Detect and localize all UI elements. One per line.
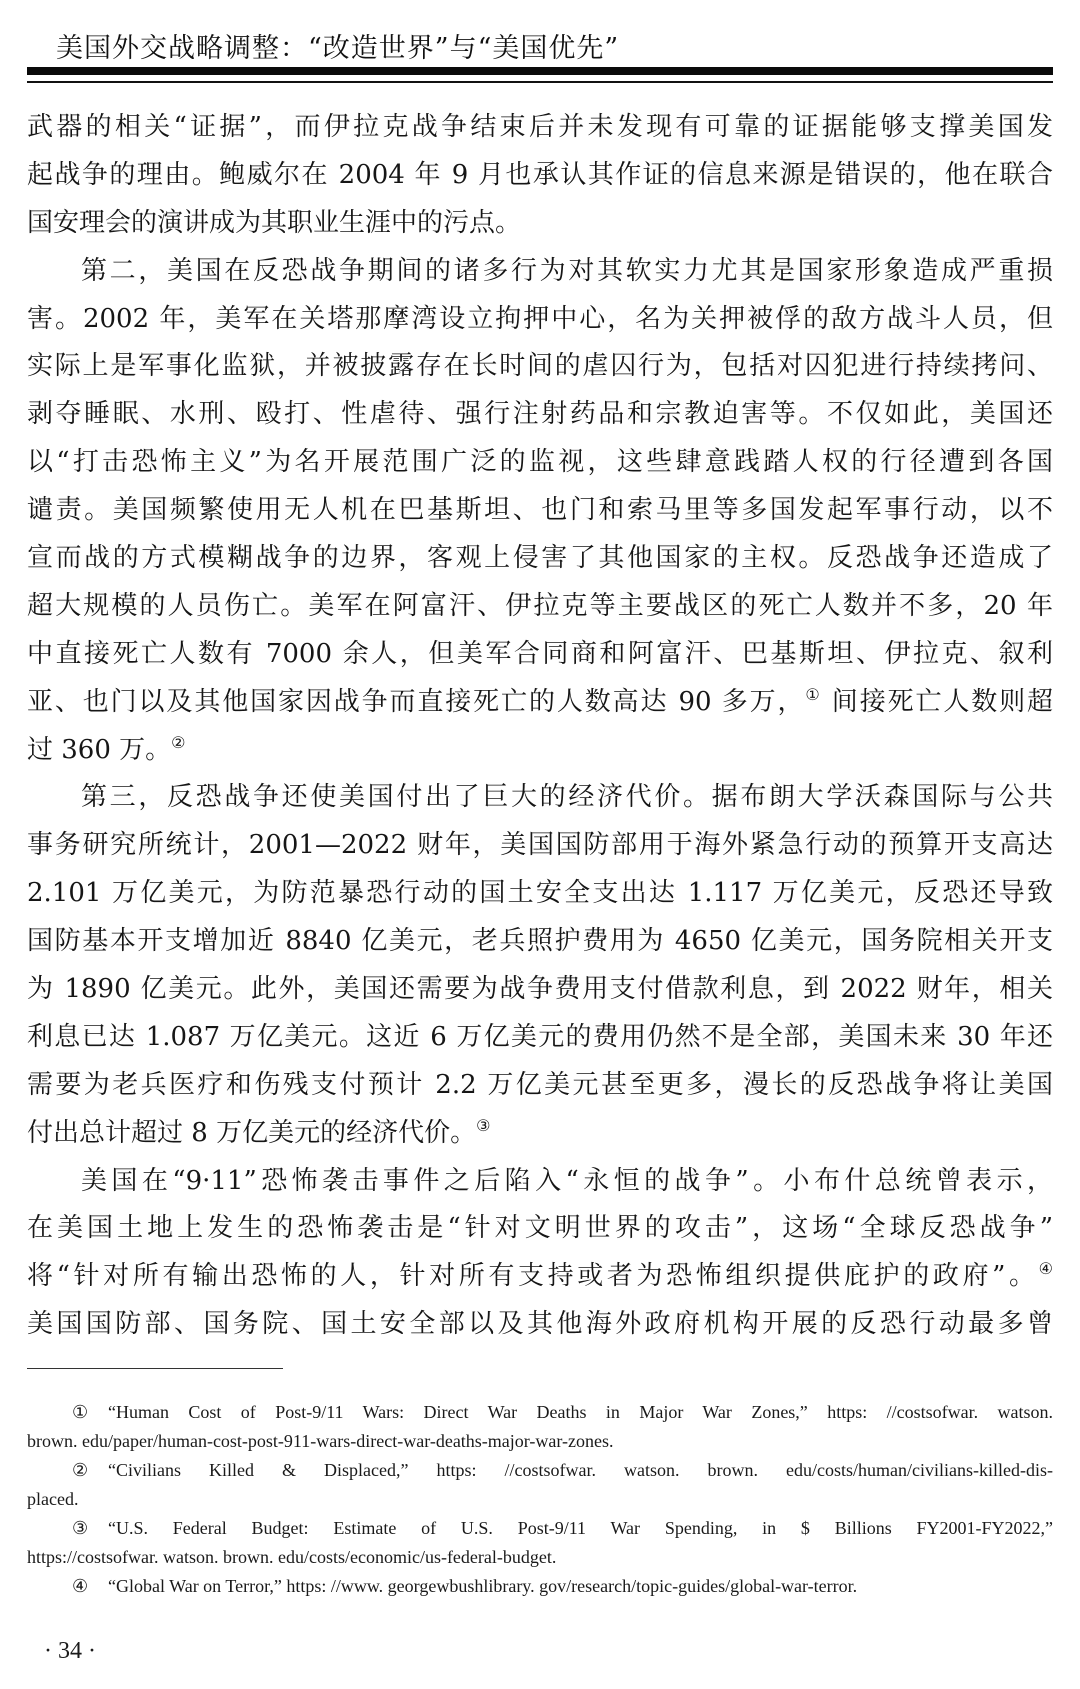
body-line: 需要为老兵医疗和伤残支付预计 2.2 万亿美元甚至更多，漫长的反恐战争将让美国	[27, 1062, 1053, 1110]
footnote-ref-4[interactable]: ④	[1039, 1259, 1053, 1278]
body-line: 以“打击恐怖主义”为名开展范围广泛的监视，这些肆意践踏人权的行径遭到各国	[27, 439, 1053, 487]
paragraph-first-line: 第二，美国在反恐战争期间的诸多行为对其软实力尤其是国家形象造成严重损	[27, 248, 1053, 296]
body-line: 事务研究所统计，2001—2022 财年，美国国防部用于海外紧急行动的预算开支高…	[27, 822, 1053, 870]
body-line: 美国国防部、国务院、国土安全部以及其他海外政府机构开展的反恐行动最多曾	[27, 1301, 1053, 1349]
footnote-marker: ①	[72, 1398, 108, 1427]
header-rule-thick	[27, 67, 1053, 75]
footnote-4: ④“Global War on Terror,” https: //www. g…	[27, 1572, 1053, 1601]
footnote-2: ②“Civilians Killed & Displaced,” https: …	[27, 1456, 1053, 1485]
footnote-text[interactable]: “Global War on Terror,” https: //www. ge…	[108, 1576, 857, 1596]
body-text: 武器的相关“证据”，而伊拉克战争结束后并未发现有可靠的证据能够支撑美国发 起战争…	[27, 104, 1053, 1349]
body-line: 宣而战的方式模糊战争的边界，客观上侵害了其他国家的主权。反恐战争还造成了	[27, 535, 1053, 583]
footnote-ref-3[interactable]: ③	[476, 1116, 490, 1135]
paragraph-first-line: 美国在“9·11”恐怖袭击事件之后陷入“永恒的战争”。小布什总统曾表示，	[27, 1158, 1053, 1206]
body-line: 利息已达 1.087 万亿美元。这近 6 万亿美元的费用仍然不是全部，美国未来 …	[27, 1014, 1053, 1062]
footnote-text[interactable]: “Human Cost of Post-9/11 Wars: Direct Wa…	[108, 1402, 1053, 1422]
footnote-ref-1[interactable]: ①	[805, 685, 821, 704]
body-line: 付出总计超过 8 万亿美元的经济代价。③	[27, 1110, 1053, 1158]
body-line: 为 1890 亿美元。此外，美国还需要为战争费用支付借款利息，到 2022 财年…	[27, 966, 1053, 1014]
footnote-1-cont[interactable]: brown. edu/paper/human-cost-post-911-war…	[27, 1427, 1053, 1456]
body-line: 谴责。美国频繁使用无人机在巴基斯坦、也门和索马里等多国发起军事行动，以不	[27, 487, 1053, 535]
body-line: 起战争的理由。鲍威尔在 2004 年 9 月也承认其作证的信息来源是错误的，他在…	[27, 152, 1053, 200]
body-line: 在美国土地上发生的恐怖袭击是“针对文明世界的攻击”，这场“全球反恐战争”	[27, 1205, 1053, 1253]
footnotes: ①“Human Cost of Post-9/11 Wars: Direct W…	[27, 1398, 1053, 1601]
header-rule-thin	[27, 81, 1053, 83]
body-line: 实际上是军事化监狱，并被披露存在长时间的虐囚行为，包括对囚犯进行持续拷问、	[27, 343, 1053, 391]
footnote-ref-2[interactable]: ②	[171, 733, 185, 752]
footnote-2-cont[interactable]: placed.	[27, 1485, 1053, 1514]
running-header-title: 美国外交战略调整：“改造世界”与“美国优先”	[56, 26, 619, 65]
footnote-marker: ④	[72, 1572, 108, 1601]
footnote-3-cont[interactable]: https://costsofwar. watson. brown. edu/c…	[27, 1543, 1053, 1572]
page-number: · 34 ·	[44, 1638, 96, 1665]
body-line: 将“针对所有输出恐怖的人，针对所有支持或者为恐怖组织提供庇护的政府”。④	[27, 1253, 1053, 1301]
body-line: 过 360 万。②	[27, 727, 1053, 775]
body-line-text: 将“针对所有输出恐怖的人，针对所有支持或者为恐怖组织提供庇护的政府”。	[27, 1261, 1039, 1291]
body-line: 国防基本开支增加近 8840 亿美元，老兵照护费用为 4650 亿美元，国务院相…	[27, 918, 1053, 966]
body-line: 害。2002 年，美军在关塔那摩湾设立拘押中心，名为关押被俘的敌方战斗人员，但	[27, 296, 1053, 344]
body-line: 国安理会的演讲成为其职业生涯中的污点。	[27, 200, 1053, 248]
footnote-separator	[27, 1368, 283, 1369]
body-line-text: 付出总计超过 8 万亿美元的经济代价。	[27, 1118, 476, 1148]
body-line: 亚、也门以及其他国家因战争而直接死亡的人数高达 90 多万，① 间接死亡人数则超	[27, 679, 1053, 727]
body-line: 2.101 万亿美元，为防范暴恐行动的国土安全支出达 1.117 万亿美元，反恐…	[27, 870, 1053, 918]
body-line: 中直接死亡人数有 7000 余人，但美军合同商和阿富汗、巴基斯坦、伊拉克、叙利	[27, 631, 1053, 679]
document-page: 美国外交战略调整：“改造世界”与“美国优先” 武器的相关“证据”，而伊拉克战争结…	[0, 0, 1080, 1689]
footnote-marker: ③	[72, 1514, 108, 1543]
body-line: 武器的相关“证据”，而伊拉克战争结束后并未发现有可靠的证据能够支撑美国发	[27, 104, 1053, 152]
body-line-text: 间接死亡人数则超	[822, 687, 1053, 717]
footnote-marker: ②	[72, 1456, 108, 1485]
footnote-1: ①“Human Cost of Post-9/11 Wars: Direct W…	[27, 1398, 1053, 1427]
body-line-text: 过 360 万。	[27, 735, 171, 765]
paragraph-first-line: 第三，反恐战争还使美国付出了巨大的经济代价。据布朗大学沃森国际与公共	[27, 774, 1053, 822]
body-line-text: 亚、也门以及其他国家因战争而直接死亡的人数高达 90 多万，	[27, 687, 805, 717]
body-line: 超大规模的人员伤亡。美军在阿富汗、伊拉克等主要战区的死亡人数并不多，20 年	[27, 583, 1053, 631]
footnote-text[interactable]: “Civilians Killed & Displaced,” https: /…	[108, 1460, 1053, 1480]
body-line: 剥夺睡眠、水刑、殴打、性虐待、强行注射药品和宗教迫害等。不仅如此，美国还	[27, 391, 1053, 439]
footnote-text[interactable]: “U.S. Federal Budget: Estimate of U.S. P…	[108, 1518, 1053, 1538]
footnote-3: ③“U.S. Federal Budget: Estimate of U.S. …	[27, 1514, 1053, 1543]
